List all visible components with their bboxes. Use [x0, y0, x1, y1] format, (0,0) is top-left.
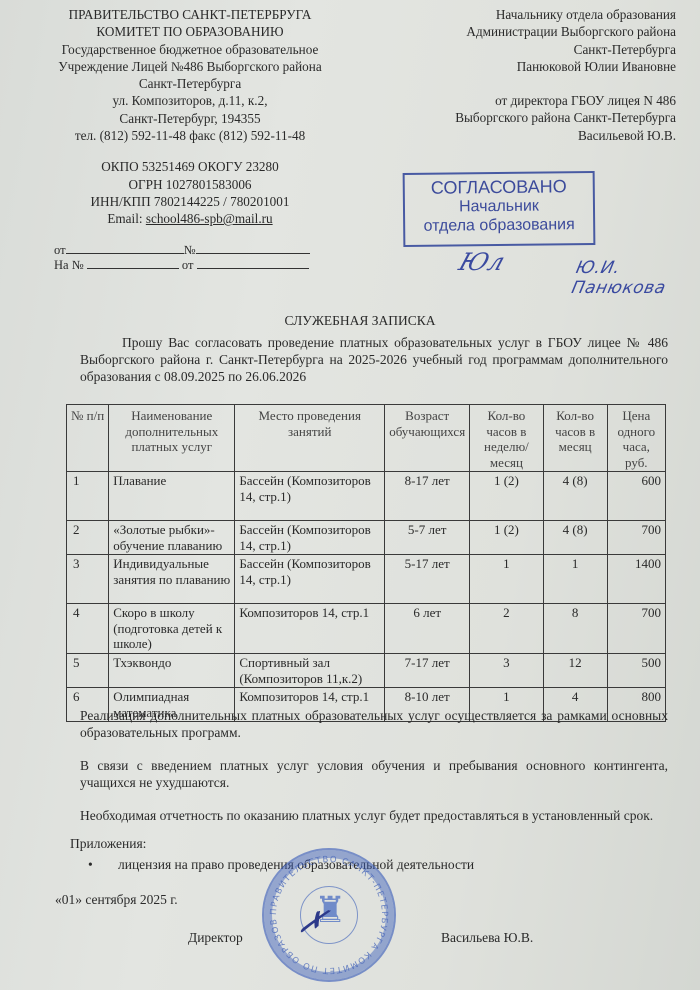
email-label: Email:	[107, 211, 145, 226]
sender-code: ОГРН 1027801583006	[30, 176, 350, 193]
approval-signature: Юл	[455, 248, 508, 276]
table-row: 4Скоро в школу (подготовка детей к школе…	[67, 604, 666, 654]
cell-location: Бассейн (Композиторов 14, стр.1)	[235, 472, 385, 521]
ref-in-from-field[interactable]	[197, 257, 309, 269]
document-title: СЛУЖЕБНАЯ ЗАПИСКА	[0, 313, 700, 329]
sender-line: ПРАВИТЕЛЬСТВО САНКТ-ПЕТЕРБРУГА	[30, 6, 350, 23]
attachments-title: Приложения:	[70, 836, 146, 852]
cell-service-name: Тхэквондо	[109, 654, 235, 688]
cell-hours-week: 1 (2)	[470, 521, 543, 555]
cell-row-number: 2	[67, 521, 109, 555]
cell-hours-month: 8	[543, 604, 607, 654]
sender-code: ОКПО 53251469 ОКОГУ 23280	[30, 158, 350, 175]
cell-price: 700	[607, 521, 665, 555]
cell-age: 7-17 лет	[385, 654, 470, 688]
table-header-row: № п/п Наименование дополнительных платны…	[67, 405, 666, 472]
col-header-age: Возраст обучающихся	[385, 405, 470, 472]
cell-hours-week: 1 (2)	[470, 472, 543, 521]
cell-service-name: Плавание	[109, 472, 235, 521]
cell-hours-week: 2	[470, 604, 543, 654]
col-header-price: Цена одного часа, руб.	[607, 405, 665, 472]
sender-header: ПРАВИТЕЛЬСТВО САНКТ-ПЕТЕРБРУГА КОМИТЕТ П…	[30, 6, 350, 228]
sender-line: КОМИТЕТ ПО ОБРАЗОВАНИЮ	[30, 23, 350, 40]
col-header-hours-month: Кол-во часов в месяц	[543, 405, 607, 472]
cell-hours-week: 3	[470, 654, 543, 688]
bullet-icon: •	[88, 857, 118, 873]
sender-line: Санкт-Петербурга	[30, 75, 350, 92]
cell-hours-month: 12	[543, 654, 607, 688]
ref-from-label: от	[54, 243, 66, 257]
cell-service-name: «Золотые рыбки»- обучение плаванию	[109, 521, 235, 555]
cell-row-number: 5	[67, 654, 109, 688]
cell-location: Композиторов 14, стр.1	[235, 604, 385, 654]
col-header-hours-week: Кол-во часов в неделю/ месяц	[470, 405, 543, 472]
sender-code: ИНН/КПП 7802144225 / 780201001	[30, 193, 350, 210]
cell-price: 600	[607, 472, 665, 521]
paragraph-conditions: В связи с введением платных услуг услови…	[80, 757, 668, 791]
cell-age: 5-17 лет	[385, 555, 470, 604]
cell-age: 8-17 лет	[385, 472, 470, 521]
from-line: Васильевой Ю.В.	[386, 127, 676, 144]
cell-age: 6 лет	[385, 604, 470, 654]
sender-line: тел. (812) 592-11-48 факс (812) 592-11-4…	[30, 127, 350, 144]
intro-text: Прошу Вас согласовать проведение платных…	[80, 335, 668, 384]
col-header-location: Место проведения занятий	[235, 405, 385, 472]
cell-age: 5-7 лет	[385, 521, 470, 555]
signature-position: Директор	[188, 930, 243, 946]
cell-row-number: 4	[67, 604, 109, 654]
cell-price: 700	[607, 604, 665, 654]
ref-line-outgoing: от№	[54, 242, 324, 258]
recipient-line: Администрации Выборгского района	[386, 23, 676, 40]
services-table: № п/п Наименование дополнительных платны…	[66, 404, 666, 722]
intro-paragraph: Прошу Вас согласовать проведение платных…	[80, 334, 668, 385]
sender-line: ул. Композиторов, д.11, к.2,	[30, 92, 350, 109]
sender-line: Санкт-Петербург, 194355	[30, 110, 350, 127]
ref-line-incoming: На № от	[54, 257, 324, 273]
cell-price: 500	[607, 654, 665, 688]
cell-location: Бассейн (Композиторов 14, стр.1)	[235, 521, 385, 555]
stamp-line-approved: СОГЛАСОВАНО	[405, 176, 593, 198]
cell-location: Спортивный зал (Композиторов 11,к.2)	[235, 654, 385, 688]
cell-hours-month: 4 (8)	[543, 472, 607, 521]
ref-in-from-label: от	[182, 258, 194, 272]
cell-location: Бассейн (Композиторов 14, стр.1)	[235, 555, 385, 604]
email-link[interactable]: school486-spb@mail.ru	[146, 211, 273, 226]
paragraph-scope: Реализация дополнительных платных образо…	[80, 707, 668, 741]
ref-no-label: №	[184, 243, 196, 257]
sender-line: Учреждение Лицей №486 Выборгского района	[30, 58, 350, 75]
approval-stamp: СОГЛАСОВАНО Начальник отдела образования	[403, 171, 596, 247]
table-row: 1ПлаваниеБассейн (Композиторов 14, стр.1…	[67, 472, 666, 521]
recipient-header: Начальнику отдела образования Администра…	[386, 6, 676, 144]
cell-service-name: Индивидуальные занятия по плаванию	[109, 555, 235, 604]
signature-name: Васильева Ю.В.	[441, 930, 533, 946]
table-row: 3Индивидуальные занятия по плаваниюБассе…	[67, 555, 666, 604]
ref-no-field[interactable]	[196, 242, 310, 254]
table-row: 5ТхэквондоСпортивный зал (Композиторов 1…	[67, 654, 666, 688]
ref-from-field[interactable]	[66, 242, 184, 254]
sender-line: Государственное бюджетное образовательно…	[30, 41, 350, 58]
paragraph-reporting: Необходимая отчетность по оказанию платн…	[80, 807, 668, 824]
official-seal-icon: ПРАВИТЕЛЬСТВО САНКТ-ПЕТЕРБУРГА КОМИТЕТ П…	[262, 848, 396, 982]
stamp-line-department: отдела образования	[405, 215, 593, 236]
cell-row-number: 1	[67, 472, 109, 521]
table-row: 2«Золотые рыбки»- обучение плаваниюБассе…	[67, 521, 666, 555]
ref-in-no-field[interactable]	[87, 257, 179, 269]
cell-row-number: 3	[67, 555, 109, 604]
approval-signature-name: Ю.И. Панюкова	[570, 258, 700, 298]
ref-in-no-label: На №	[54, 258, 84, 272]
recipient-line: Панюковой Юлии Ивановне	[386, 58, 676, 75]
recipient-line: Санкт-Петербурга	[386, 41, 676, 58]
document-date: «01» сентября 2025 г.	[55, 892, 178, 908]
col-header-service: Наименование дополнительных платных услу…	[109, 405, 235, 472]
cell-price: 1400	[607, 555, 665, 604]
cell-hours-month: 1	[543, 555, 607, 604]
cell-hours-week: 1	[470, 555, 543, 604]
col-header-number: № п/п	[67, 405, 109, 472]
from-line: от директора ГБОУ лицея N 486	[386, 92, 676, 109]
from-line: Выборгского района Санкт-Петербурга	[386, 109, 676, 126]
recipient-line: Начальнику отдела образования	[386, 6, 676, 23]
sender-email-line: Email: school486-spb@mail.ru	[30, 210, 350, 227]
cell-hours-month: 4 (8)	[543, 521, 607, 555]
stamp-line-position: Начальник	[405, 196, 593, 217]
cell-service-name: Скоро в школу (подготовка детей к школе)	[109, 604, 235, 654]
